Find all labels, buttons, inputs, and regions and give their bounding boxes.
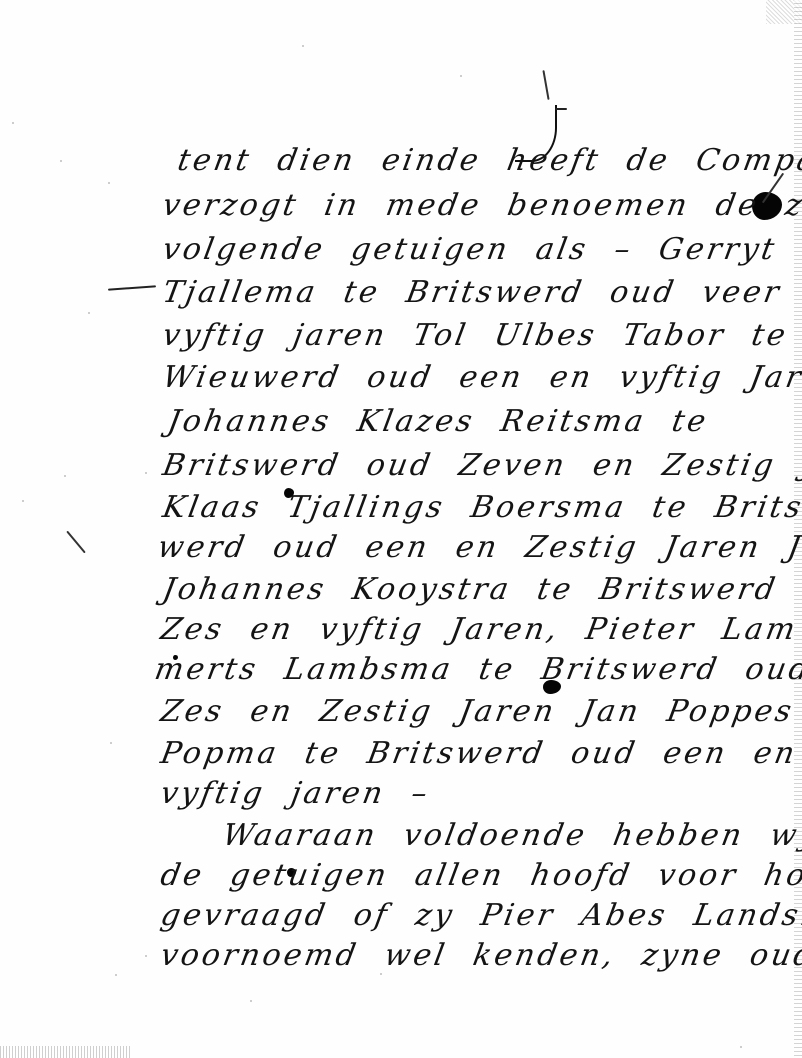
- scan-speckle: [302, 45, 304, 47]
- scan-speckle: [145, 472, 147, 474]
- scan-speckle: [115, 974, 117, 976]
- handwritten-line-4: Tjallema te Britswerd oud veer en: [160, 275, 802, 310]
- handwritten-line-10: werd oud een en Zestig Jaren Jacob: [155, 530, 802, 565]
- document-page: tent dien einde heeft de Comparant verzo…: [0, 0, 802, 1058]
- flourish-tick: [555, 108, 567, 110]
- scan-speckle: [22, 500, 24, 502]
- scan-speckle: [460, 75, 462, 77]
- scan-speckle: [250, 1000, 252, 1002]
- handwritten-line-19: gevraagd of zy Pier Abes Landsma: [158, 898, 802, 933]
- handwritten-line-7: Johannes Klazes Reitsma te: [165, 404, 711, 439]
- scan-speckle: [108, 182, 110, 184]
- handwritten-line-20: voornoemd wel kenden, zyne ouders: [158, 938, 802, 973]
- handwritten-line-11: Johannes Kooystra te Britswerd oud: [160, 572, 802, 607]
- handwritten-line-1: tent dien einde heeft de Comparant: [175, 143, 802, 178]
- scan-speckle: [64, 475, 66, 477]
- left-margin-stroke: [66, 531, 86, 554]
- scan-speckle: [88, 312, 90, 314]
- handwritten-line-2: verzogt in mede benoemen de zeven: [160, 188, 802, 223]
- handwritten-line-17: Waaraan voldoende hebben wy: [220, 818, 802, 853]
- handwritten-line-14: Zes en Zestig Jaren Jan Poppes: [158, 694, 797, 729]
- handwritten-line-13: merts Lambsma te Britswerd oud: [152, 652, 802, 687]
- handwritten-line-5: vyftig jaren Tol Ulbes Tabor te: [160, 318, 791, 353]
- scan-speckle: [110, 742, 112, 744]
- handwritten-line-12: Zes en vyftig Jaren, Pieter Lam: [158, 612, 801, 647]
- handwritten-line-18: de getuigen allen hoofd voor hoofd af: [158, 858, 802, 893]
- handwritten-line-16: vyftig jaren –: [158, 776, 433, 811]
- scan-bottom-texture: [0, 1046, 130, 1058]
- scan-speckle: [380, 973, 382, 975]
- handwritten-line-15: Popma te Britswerd oud een en: [158, 736, 800, 771]
- scan-speckle: [145, 955, 147, 957]
- scan-speckle: [12, 122, 14, 124]
- scan-speckle: [740, 1046, 742, 1048]
- handwritten-line-8: Britswerd oud Zeven en Zestig Jaren: [160, 448, 802, 483]
- handwritten-line-3: volgende getuigen als – Gerryt Tjalles: [160, 232, 802, 267]
- scan-speckle: [60, 160, 62, 162]
- handwritten-line-6: Wieuwerd oud een en vyftig Jaren: [160, 360, 802, 395]
- left-margin-dash: [108, 285, 156, 290]
- handwritten-line-9: Klaas Tjallings Boersma te Brits: [160, 490, 802, 525]
- flourish-stroke: [542, 70, 549, 100]
